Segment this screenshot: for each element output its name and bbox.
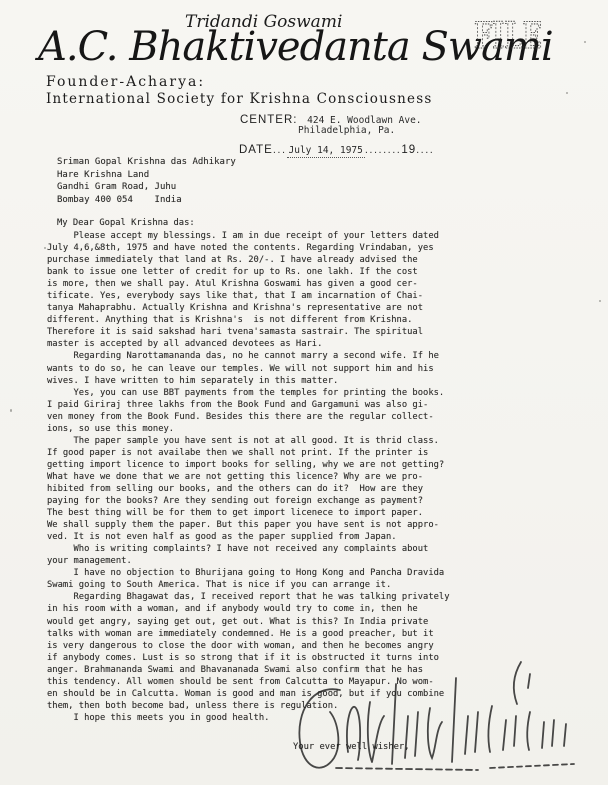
signature-stroke: [368, 702, 384, 762]
signature-stroke: [392, 684, 396, 764]
file-stamp: FILE: [472, 10, 550, 58]
letter-paragraph: Regarding Narottamananda das, no he cann…: [47, 350, 450, 386]
date-dots-1: ...: [273, 144, 287, 156]
date-dots-3: ....: [416, 144, 434, 156]
signature-flourish-tick: [528, 674, 530, 688]
date-value: July 14, 1975: [287, 145, 365, 158]
date-dots-2: ........: [365, 144, 401, 156]
scan-speck: [44, 247, 46, 249]
signature-stroke: [465, 712, 478, 754]
signature-underline: [336, 768, 478, 770]
letter-paragraph: Please accept my blessings. I am in due …: [47, 230, 450, 350]
scan-speck: [10, 409, 12, 412]
scan-speck: [584, 41, 586, 43]
signature-stroke: [542, 720, 566, 748]
date-line: DATE...July 14, 1975........19....: [239, 138, 434, 157]
signature-scrawl: [278, 612, 598, 784]
center-city: Philadelphia, Pa.: [298, 125, 395, 136]
center-label: CENTER:: [240, 114, 297, 126]
signature-stroke: [488, 706, 492, 752]
signature-stroke: [428, 708, 442, 758]
signature-stroke: [527, 712, 530, 750]
salutation: My Dear Gopal Krishna das:: [57, 217, 195, 229]
date-year-prefix: 19: [401, 144, 416, 156]
signature-stroke: [503, 716, 516, 750]
signature-stroke: [452, 678, 456, 762]
letter-paragraph: Yes, you can use BBT payments from the t…: [47, 387, 450, 435]
file-stamp-text: FILE: [474, 15, 542, 57]
scan-speck: [599, 300, 601, 302]
signature-stroke: [347, 707, 360, 760]
signature-underline: [490, 764, 574, 768]
scan-speck: [566, 92, 568, 94]
signature-stroke: [405, 712, 418, 758]
recipient-address: Sriman Gopal Krishna das Adhikary Hare K…: [57, 156, 236, 206]
letter-paragraph: I have no objection to Bhurijana going t…: [47, 567, 450, 591]
scanned-letter-page: Tridandi Goswami A.C. Bhaktivedanta Swam…: [0, 0, 608, 785]
letter-paragraph: Who is writing complaints? I have not re…: [47, 543, 450, 567]
society-name: International Society for Krishna Consci…: [46, 91, 432, 107]
founder-acharya-label: Founder-Acharya:: [46, 74, 205, 90]
letter-paragraph: The paper sample you have sent is not at…: [47, 435, 450, 543]
signature-flourish-paren: [514, 662, 521, 704]
signature-loop: [299, 689, 340, 768]
date-label: DATE: [239, 144, 273, 156]
